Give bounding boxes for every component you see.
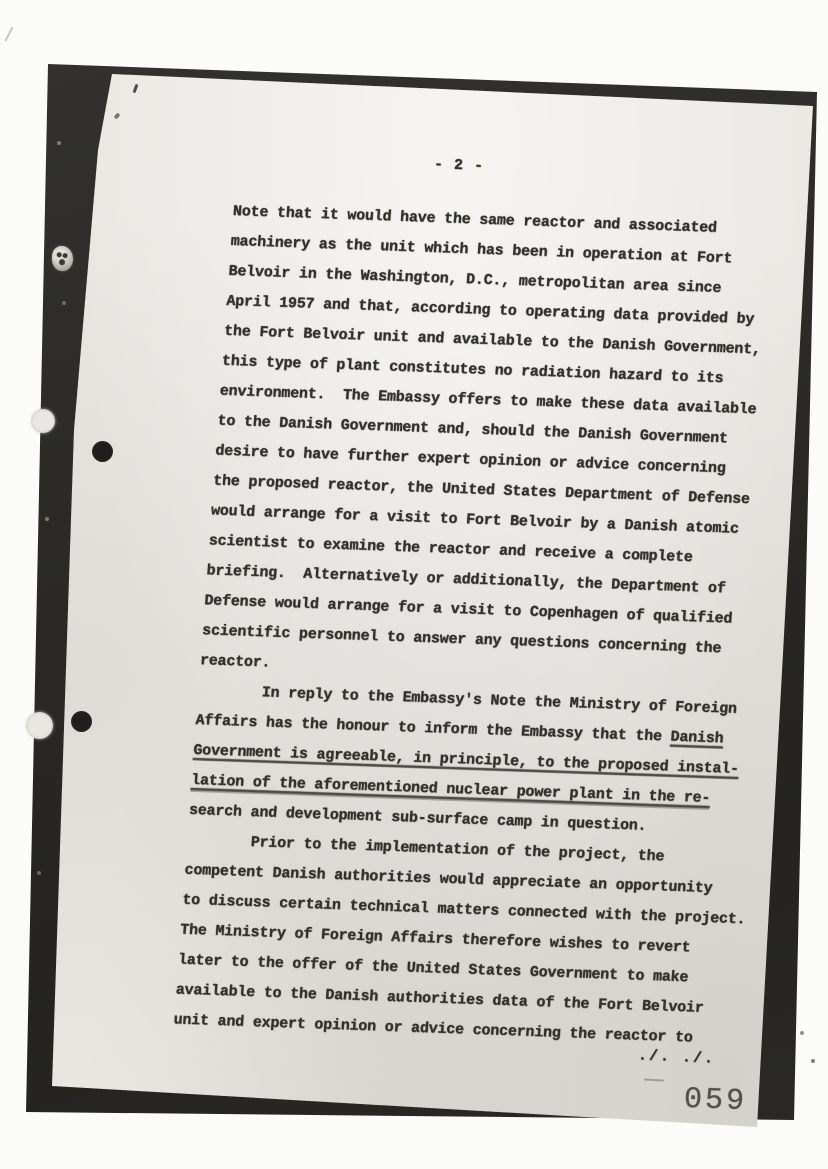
- continuation-mark: ./. ./.: [638, 1047, 716, 1067]
- page-number: - 2 -: [434, 156, 485, 175]
- typewritten-text: Note that it would have the same reactor…: [172, 197, 828, 1056]
- dust-specks: [0, 0, 2, 2]
- punch-hole-icon: [31, 409, 55, 433]
- page-stamp-number: 059: [683, 1083, 747, 1119]
- hole-shadow-dot: [92, 441, 113, 462]
- scratch-mark: [4, 26, 13, 41]
- hole-shadow-dot: [71, 711, 92, 732]
- scanned-document: - 2 - Note that it would have the same r…: [0, 0, 828, 1169]
- binder-emblem-icon: [52, 246, 73, 271]
- underlined-text: Danish: [670, 729, 724, 748]
- text-run: reactor.: [199, 652, 271, 671]
- punch-hole-icon: [26, 712, 53, 739]
